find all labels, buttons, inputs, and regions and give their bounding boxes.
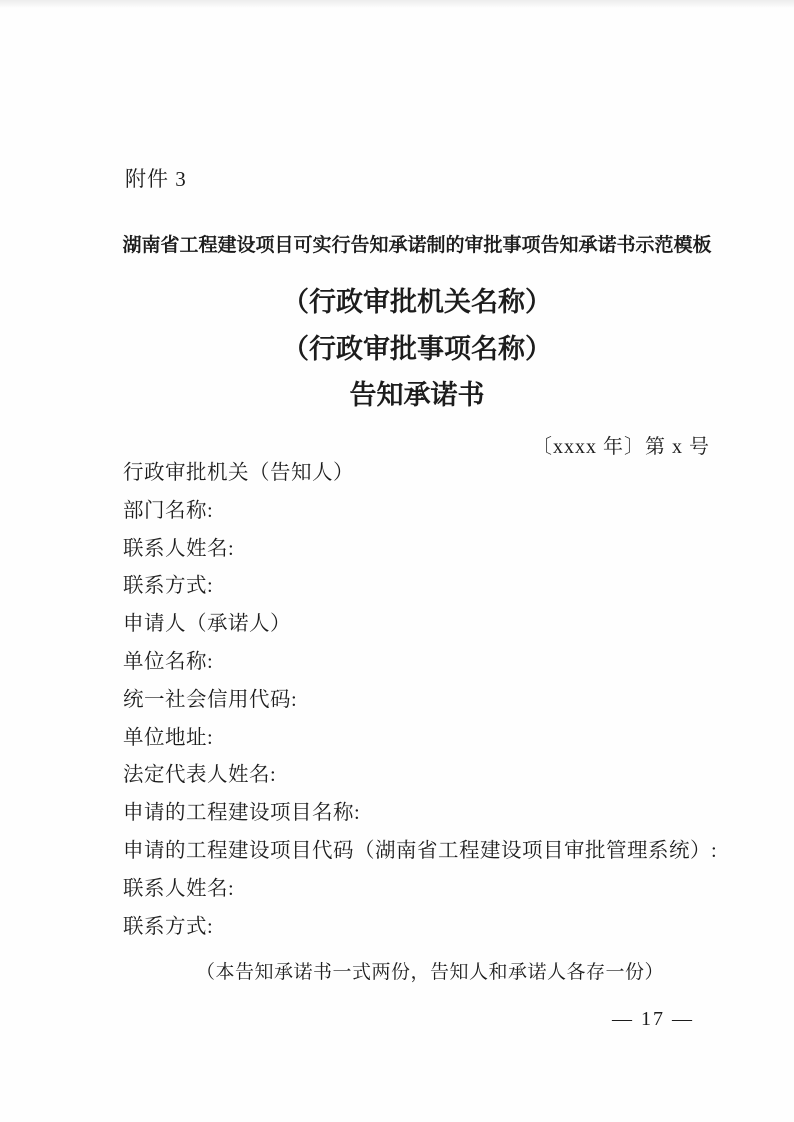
field-line-department-name: 部门名称:	[123, 493, 734, 531]
title-line-authority-name: （行政审批机关名称）	[40, 279, 794, 326]
field-line-unit-address: 单位地址:	[123, 720, 734, 758]
document-subtitle: 湖南省工程建设项目可实行告知承诺制的审批事项告知承诺书示范模板	[40, 230, 794, 257]
title-line-commitment-letter: 告知承诺书	[40, 372, 794, 419]
title-line-item-name: （行政审批事项名称）	[40, 326, 794, 373]
document-page: 附件 3 湖南省工程建设项目可实行告知承诺制的审批事项告知承诺书示范模板 （行政…	[0, 0, 794, 1122]
scan-edge-artifact	[0, 0, 794, 8]
field-line-unit-name: 单位名称:	[123, 644, 734, 682]
field-line-approving-authority: 行政审批机关（告知人）	[123, 455, 734, 493]
page-number: — 17 —	[612, 1008, 694, 1031]
field-line-social-credit-code: 统一社会信用代码:	[123, 682, 734, 720]
field-line-contact-method-authority: 联系方式:	[123, 568, 734, 606]
field-line-project-name: 申请的工程建设项目名称:	[123, 795, 734, 833]
field-line-legal-representative: 法定代表人姓名:	[123, 757, 734, 795]
field-line-project-code: 申请的工程建设项目代码（湖南省工程建设项目审批管理系统）:	[123, 833, 734, 871]
field-list: 行政审批机关（告知人） 部门名称: 联系人姓名: 联系方式: 申请人（承诺人） …	[123, 455, 734, 946]
title-block: （行政审批机关名称） （行政审批事项名称） 告知承诺书	[40, 279, 794, 419]
field-line-contact-method-applicant: 联系方式:	[123, 909, 734, 947]
footnote: （本告知承诺书一式两份，告知人和承诺人各存一份）	[196, 957, 664, 984]
field-line-contact-name-authority: 联系人姓名:	[123, 531, 734, 569]
attachment-label: 附件 3	[125, 163, 187, 193]
field-line-contact-name-applicant: 联系人姓名:	[123, 871, 734, 909]
field-line-applicant: 申请人（承诺人）	[123, 606, 734, 644]
